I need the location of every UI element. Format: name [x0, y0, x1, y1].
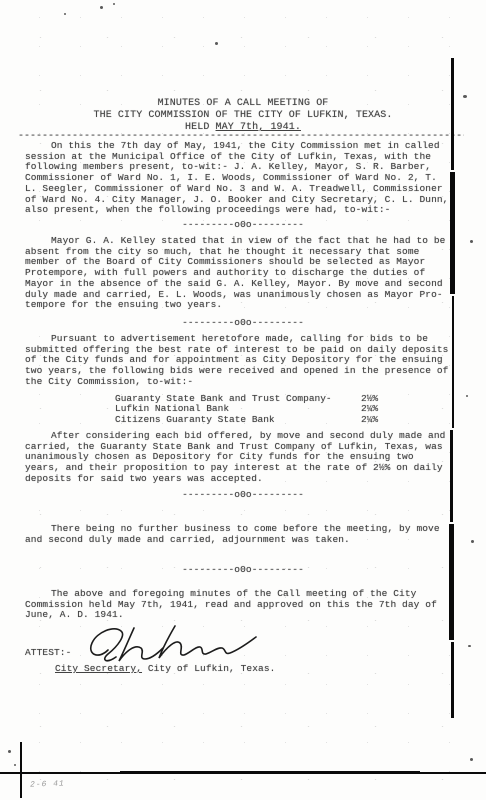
scan-artifact-right-line — [452, 296, 454, 428]
secretary-title-underlined: City Secretary, — [55, 663, 142, 674]
paragraph-approval: The above and foregoing minutes of the C… — [25, 589, 449, 621]
scan-artifact-right-line — [449, 524, 454, 640]
paragraph-adjournment: There being no further business to come … — [25, 524, 449, 545]
title-line-2: THE CITY COMMISSION OF THE CITY OF LUFKI… — [0, 110, 486, 122]
paragraph-attendance: On this the 7th day of May, 1941, the Ci… — [25, 141, 449, 216]
section-separator-4: ---------o0o--------- — [0, 565, 486, 576]
section-separator-3: ---------o0o--------- — [0, 490, 486, 501]
document-title: MINUTES OF A CALL MEETING OF THE CITY CO… — [0, 98, 486, 134]
paragraph-bid-accepted: After considering each bid offered, by m… — [25, 431, 449, 485]
scan-noise-speck — [463, 95, 467, 98]
section-separator-1: ---------o0o--------- — [0, 220, 486, 231]
paragraph-mayor-protempore: Mayor G. A. Kelley stated that in view o… — [25, 236, 449, 311]
scan-noise-speck — [64, 13, 66, 15]
title-line-1: MINUTES OF A CALL MEETING OF — [0, 98, 486, 110]
bid-list: Guaranty State Bank and Trust Company- 2… — [115, 394, 415, 425]
scan-noise-speck — [8, 750, 11, 753]
secretary-title-line: City Secretary, City of Lufkin, Texas. — [55, 664, 335, 675]
paragraph-depository-bids: Pursuant to advertisement heretofore mad… — [25, 334, 449, 388]
scanned-minutes-page: MINUTES OF A CALL MEETING OF THE CITY CO… — [0, 0, 486, 800]
scan-artifact-right-line — [451, 642, 454, 718]
scan-noise-speck — [470, 758, 473, 761]
scan-artifact-bottom-line — [120, 771, 420, 774]
scan-noise-speck — [14, 764, 16, 766]
attest-label: ATTEST:- — [25, 648, 71, 659]
bid-row-citizens-guaranty: Citizens Guaranty State Bank 2¼% — [115, 415, 415, 425]
scan-artifact-left-line — [20, 742, 22, 798]
scan-noise-speck — [215, 42, 218, 45]
scan-noise-speck — [470, 240, 473, 243]
pencil-note: 2-6 41 — [30, 779, 65, 789]
scan-artifact-right-line — [450, 430, 453, 522]
scan-noise-speck — [466, 395, 468, 397]
bid-rate: 2¼% — [361, 415, 378, 425]
secretary-title-rest: City of Lufkin, Texas. — [142, 663, 275, 674]
section-separator-2: ---------o0o--------- — [0, 318, 486, 329]
scan-noise-speck — [468, 645, 471, 647]
scan-artifact-right-line — [451, 58, 454, 170]
scan-noise-speck — [113, 3, 115, 5]
scan-noise-speck — [100, 6, 103, 9]
scan-artifact-right-line — [450, 172, 455, 294]
scan-noise-speck — [471, 540, 474, 543]
bid-bank-name: Citizens Guaranty State Bank — [115, 415, 361, 425]
